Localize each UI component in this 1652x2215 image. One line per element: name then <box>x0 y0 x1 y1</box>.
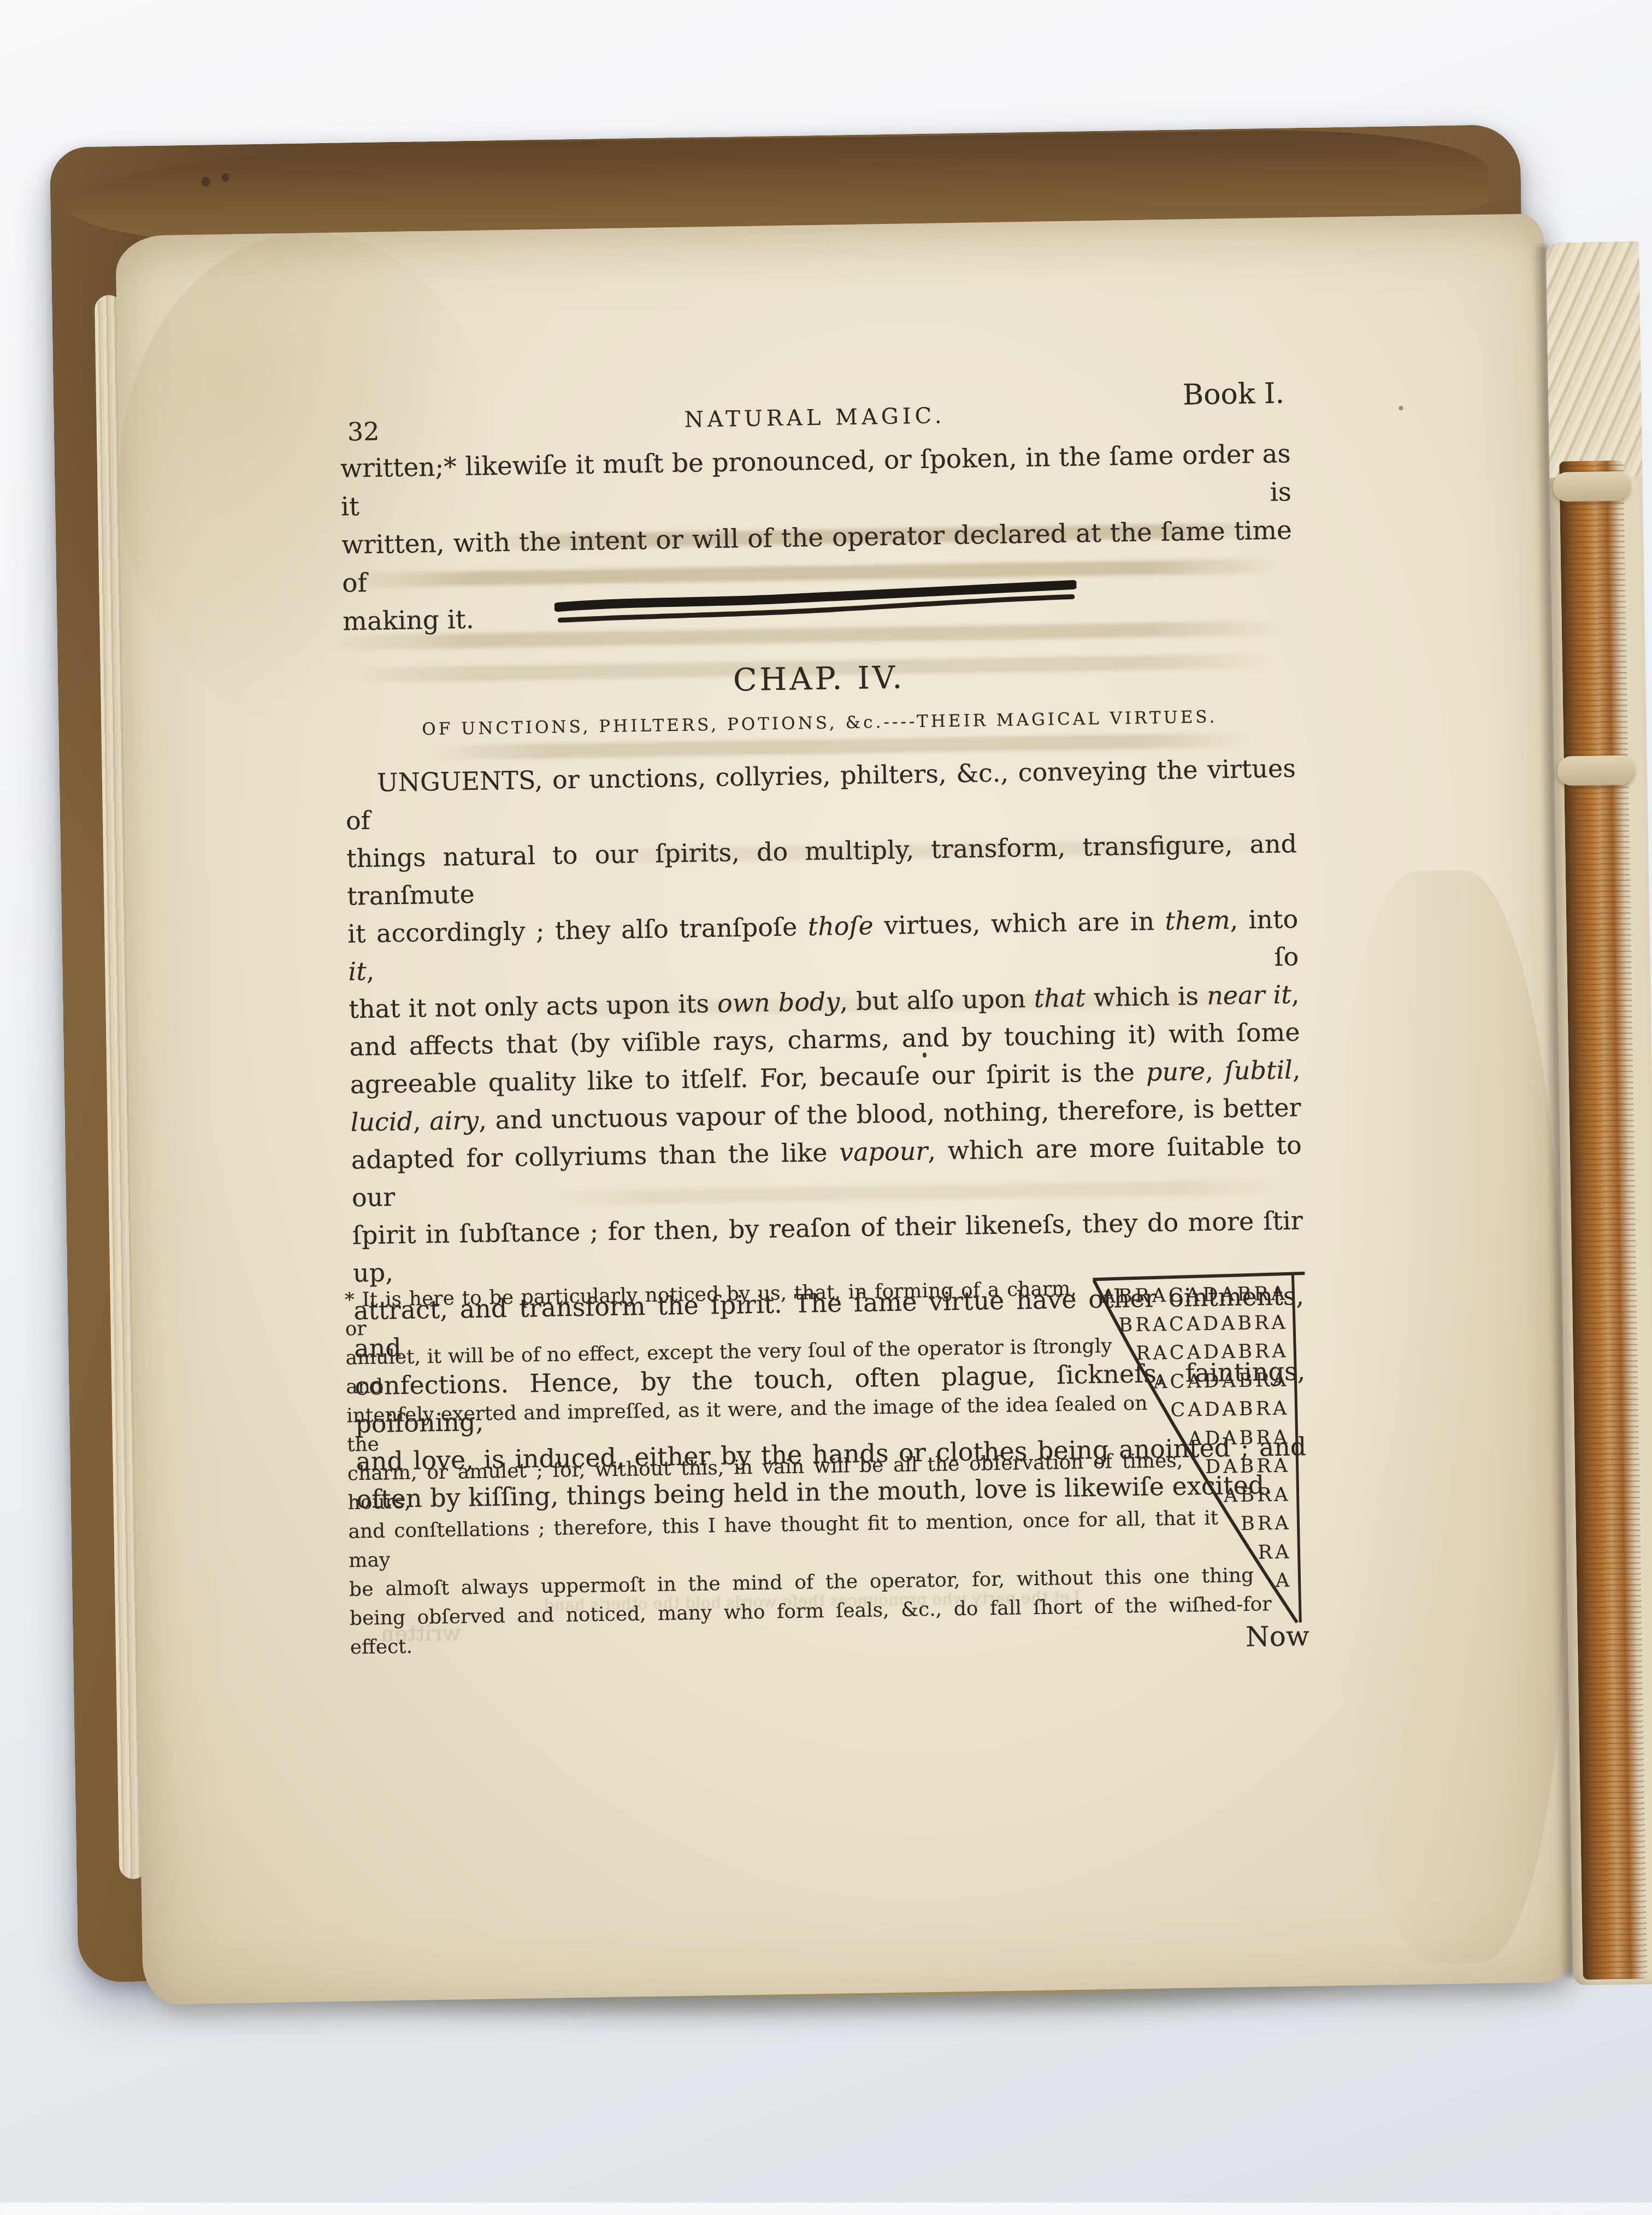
book-label: Book I. <box>1183 377 1285 411</box>
abracadabra-row: ADABRA <box>1094 1423 1290 1455</box>
abracadabra-row: A <box>1096 1567 1293 1598</box>
fanned-page-corners <box>1546 241 1643 478</box>
abracadabra-row: ABRA <box>1095 1480 1291 1512</box>
abracadabra-row: RA <box>1096 1538 1292 1569</box>
abracadabra-row: CADABRA <box>1094 1395 1290 1426</box>
text-line: written;* likewiſe it muſt be pronounced… <box>340 435 1291 526</box>
abracadabra-row: ACADABRA <box>1093 1366 1289 1397</box>
exposed-spine-sewing <box>1559 460 1648 1980</box>
abracadabra-triangle: ABRACADABRA BRACADABRA RACADABRA ACADABR… <box>1091 1271 1311 1628</box>
ink-scribble-redaction <box>554 578 1077 628</box>
text-line: adapted for collyriums than the like vap… <box>351 1126 1302 1216</box>
abracadabra-row: ABRACADABRA <box>1092 1280 1288 1312</box>
text-line: things natural to our ſpirits, do multip… <box>346 825 1298 915</box>
foxing-speck <box>202 176 210 186</box>
foxing-speck <box>221 173 229 182</box>
abracadabra-row: BRA <box>1095 1509 1291 1541</box>
abracadabra-row: DABRA <box>1094 1452 1290 1484</box>
sewing-cord <box>1557 755 1635 786</box>
paper-aging-wash <box>1325 869 1572 1965</box>
abracadabra-rows: ABRACADABRA BRACADABRA RACADABRA ACADABR… <box>1092 1280 1293 1598</box>
sewing-cord <box>1553 471 1630 502</box>
abracadabra-row: BRACADABRA <box>1092 1308 1288 1340</box>
abracadabra-row: RACADABRA <box>1093 1337 1289 1369</box>
foxing-speck <box>1399 406 1403 410</box>
book-photo: 32 NATURAL MAGIC. Book I. written;* like… <box>0 0 1652 2202</box>
text-line: it accordingly ; they alſo tranſpoſe tho… <box>347 900 1299 990</box>
text-line: UNGUENTS, or unctions, collyries, philte… <box>345 749 1296 840</box>
